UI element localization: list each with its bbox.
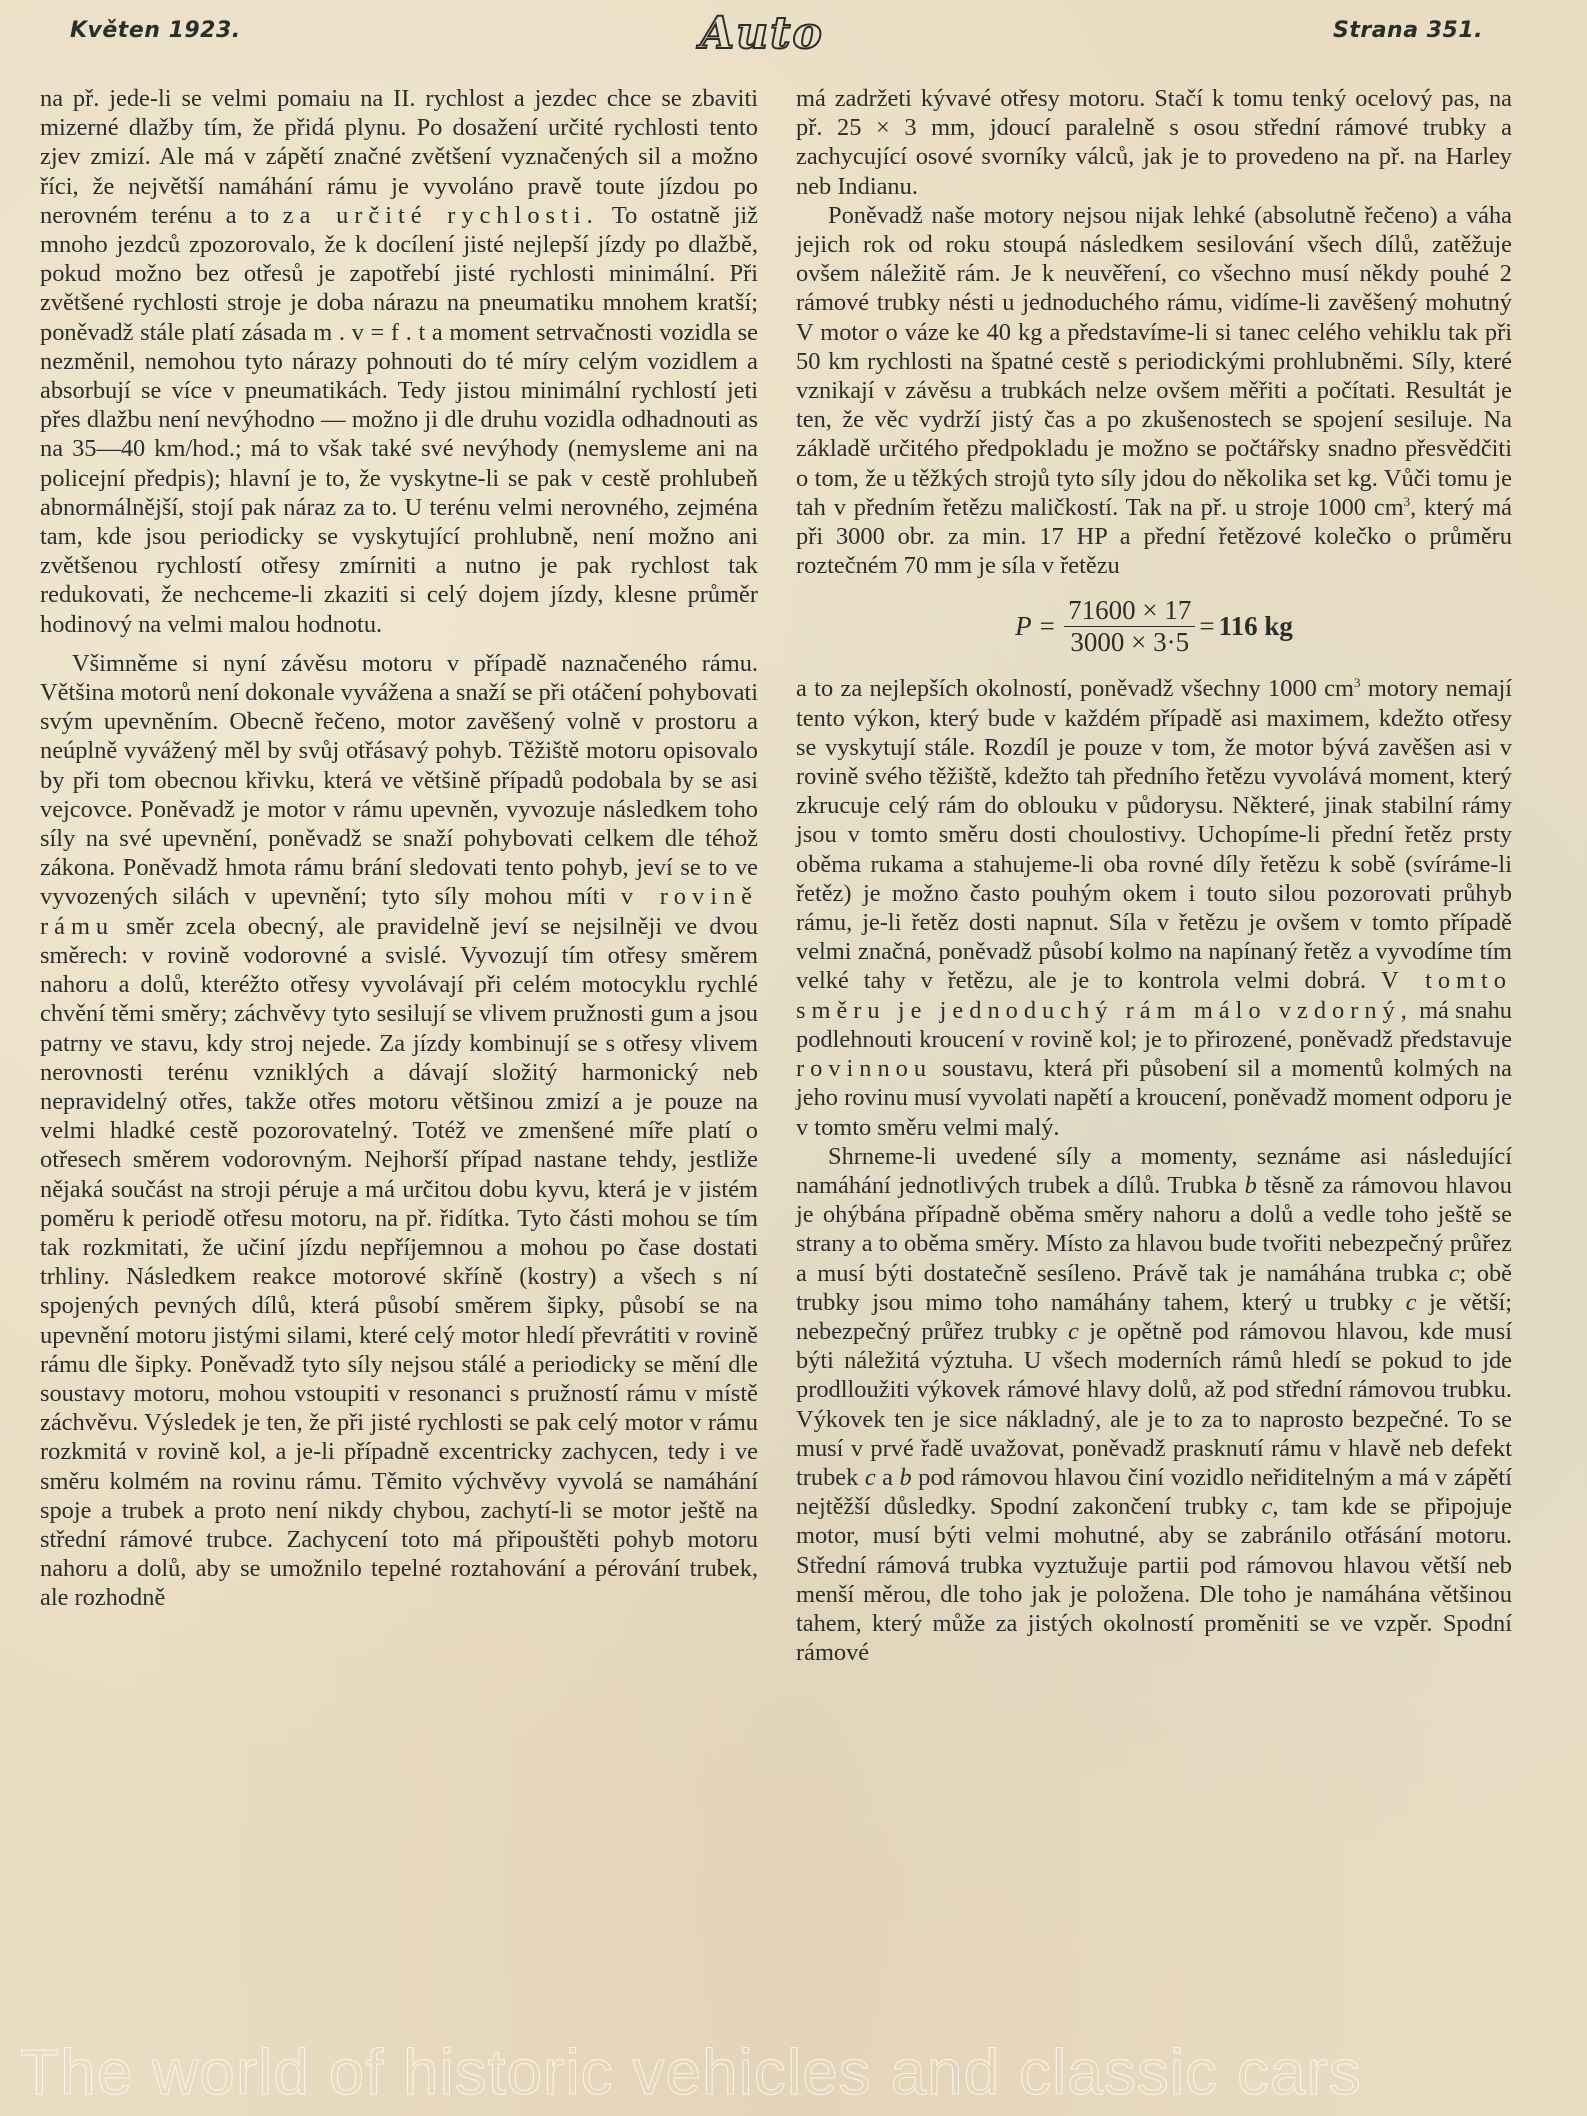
paragraph: na př. jede-li se velmi pomaiu na II. ry… — [40, 84, 758, 639]
emphasis-spaced: rovinnou — [796, 1055, 932, 1082]
right-column: má zadržeti kývavé otřesy motoru. Stačí … — [796, 84, 1512, 1667]
paragraph: má zadržeti kývavé otřesy motoru. Stačí … — [796, 84, 1512, 201]
formula-lhs: P = — [1015, 612, 1056, 641]
formula-result: 116 kg — [1219, 612, 1293, 641]
magazine-logo: Auto — [700, 8, 824, 59]
page-number: Strana 351. — [1333, 18, 1483, 43]
chain-force-formula: P = 71600 × 17 3000 × 3·5 = 116 kg — [796, 584, 1512, 668]
issue-date: Květen 1923. — [70, 18, 241, 43]
left-column: na př. jede-li se velmi pomaiu na II. ry… — [40, 84, 758, 1613]
formula-fraction: 71600 × 17 3000 × 3·5 — [1064, 596, 1195, 657]
formula-denominator: 3000 × 3·5 — [1066, 627, 1193, 657]
paragraph: Shrneme-li uvedené síly a momenty, sezná… — [796, 1142, 1512, 1668]
formula-equals: = — [1199, 612, 1214, 641]
watermark-tagline: The world of historic vehicles and class… — [20, 2035, 1362, 2109]
page-header: Květen 1923. Auto Strana 351. — [0, 0, 1587, 70]
paragraph: Poněvadž naše motory nejsou nijak lehké … — [796, 201, 1512, 581]
paragraph: a to za nejlepších okolností, poněvadž v… — [796, 674, 1512, 1141]
paragraph: Všimněme si nyní závěsu motoru v případě… — [40, 649, 758, 1613]
emphasis-spaced: za určité rychlosti. — [283, 202, 599, 229]
formula-numerator: 71600 × 17 — [1064, 596, 1195, 627]
